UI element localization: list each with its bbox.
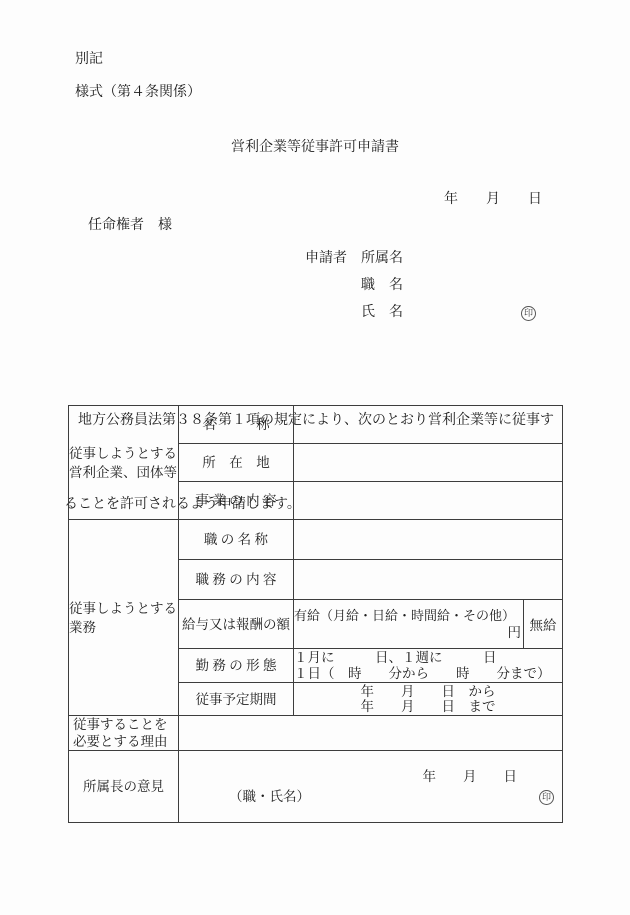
opinion-sign-row: （職・氏名） 印 bbox=[179, 787, 562, 807]
field-label-reason: 従事することを必要とする理由 bbox=[69, 716, 179, 751]
document-page: 別記 様式（第４条関係） 営利企業等従事許可申請書 年 月 日 任命権者 様 申… bbox=[0, 0, 630, 915]
field-label-period: 従事予定期間 bbox=[179, 683, 294, 716]
group-label-enterprise: 従事しようとする営利企業、団体等 bbox=[69, 406, 179, 520]
margin-note-2: 様式（第４条関係） bbox=[75, 83, 201, 103]
addressee: 任命権者 様 bbox=[88, 216, 172, 236]
period-from-line: 年 月 日 から bbox=[294, 684, 562, 700]
opinion-sign-label: （職・氏名） bbox=[229, 787, 310, 807]
position-field: 職 名 bbox=[361, 276, 403, 296]
margin-note-1: 別記 bbox=[75, 50, 103, 70]
seal-icon: 印 bbox=[521, 306, 536, 321]
input-cell-salary-paid: 有給（月給・日給・時間給・その他） 円 bbox=[294, 600, 524, 649]
field-label-salary: 給与又は報酬の額 bbox=[179, 600, 294, 649]
input-cell-job-title bbox=[294, 520, 563, 560]
input-cell-work-style: １月に 日、１週に 日 １日（ 時 分から 時 分まで） bbox=[294, 649, 563, 683]
field-label-work-style: 勤 務 の 形 態 bbox=[179, 649, 294, 683]
input-cell-name bbox=[294, 406, 563, 444]
input-cell-reason bbox=[179, 716, 563, 751]
work-style-line-2: １日（ 時 分から 時 分まで） bbox=[294, 666, 562, 682]
opinion-date-field: 年 月 日 bbox=[179, 766, 562, 787]
salary-unpaid-option: 無給 bbox=[524, 600, 563, 649]
field-label-location: 所 在 地 bbox=[179, 444, 294, 482]
field-label-opinion: 所属長の意見 bbox=[69, 751, 179, 823]
document-title: 営利企業等従事許可申請書 bbox=[0, 138, 630, 158]
salary-yen-unit: 円 bbox=[294, 624, 523, 641]
input-cell-period: 年 月 日 から 年 月 日 まで bbox=[294, 683, 563, 716]
affiliation-field: 所属名 bbox=[361, 249, 403, 269]
field-label-job-desc: 職 務 の 内 容 bbox=[179, 560, 294, 600]
input-cell-job-desc bbox=[294, 560, 563, 600]
input-cell-opinion: 年 月 日 （職・氏名） 印 bbox=[179, 751, 563, 823]
date-field: 年 月 日 bbox=[444, 190, 542, 210]
input-cell-business bbox=[294, 482, 563, 520]
field-label-name: 名 称 bbox=[179, 406, 294, 444]
applicant-row: 申請者 所属名 bbox=[305, 249, 403, 269]
opinion-seal-icon: 印 bbox=[539, 790, 554, 805]
application-form-table: 従事しようとする営利企業、団体等 名 称 所 在 地 事 業 の 内 容 従事し… bbox=[68, 405, 563, 823]
salary-paid-options: 有給（月給・日給・時間給・その他） bbox=[294, 607, 523, 624]
work-style-line-1: １月に 日、１週に 日 bbox=[294, 650, 562, 666]
name-field: 氏 名 bbox=[361, 303, 403, 323]
period-to-line: 年 月 日 まで bbox=[294, 699, 562, 715]
field-label-business: 事 業 の 内 容 bbox=[179, 482, 294, 520]
field-label-job-title: 職 の 名 称 bbox=[179, 520, 294, 560]
group-label-work: 従事しようとする業務 bbox=[69, 520, 179, 716]
input-cell-location bbox=[294, 444, 563, 482]
applicant-label: 申請者 bbox=[305, 249, 347, 269]
